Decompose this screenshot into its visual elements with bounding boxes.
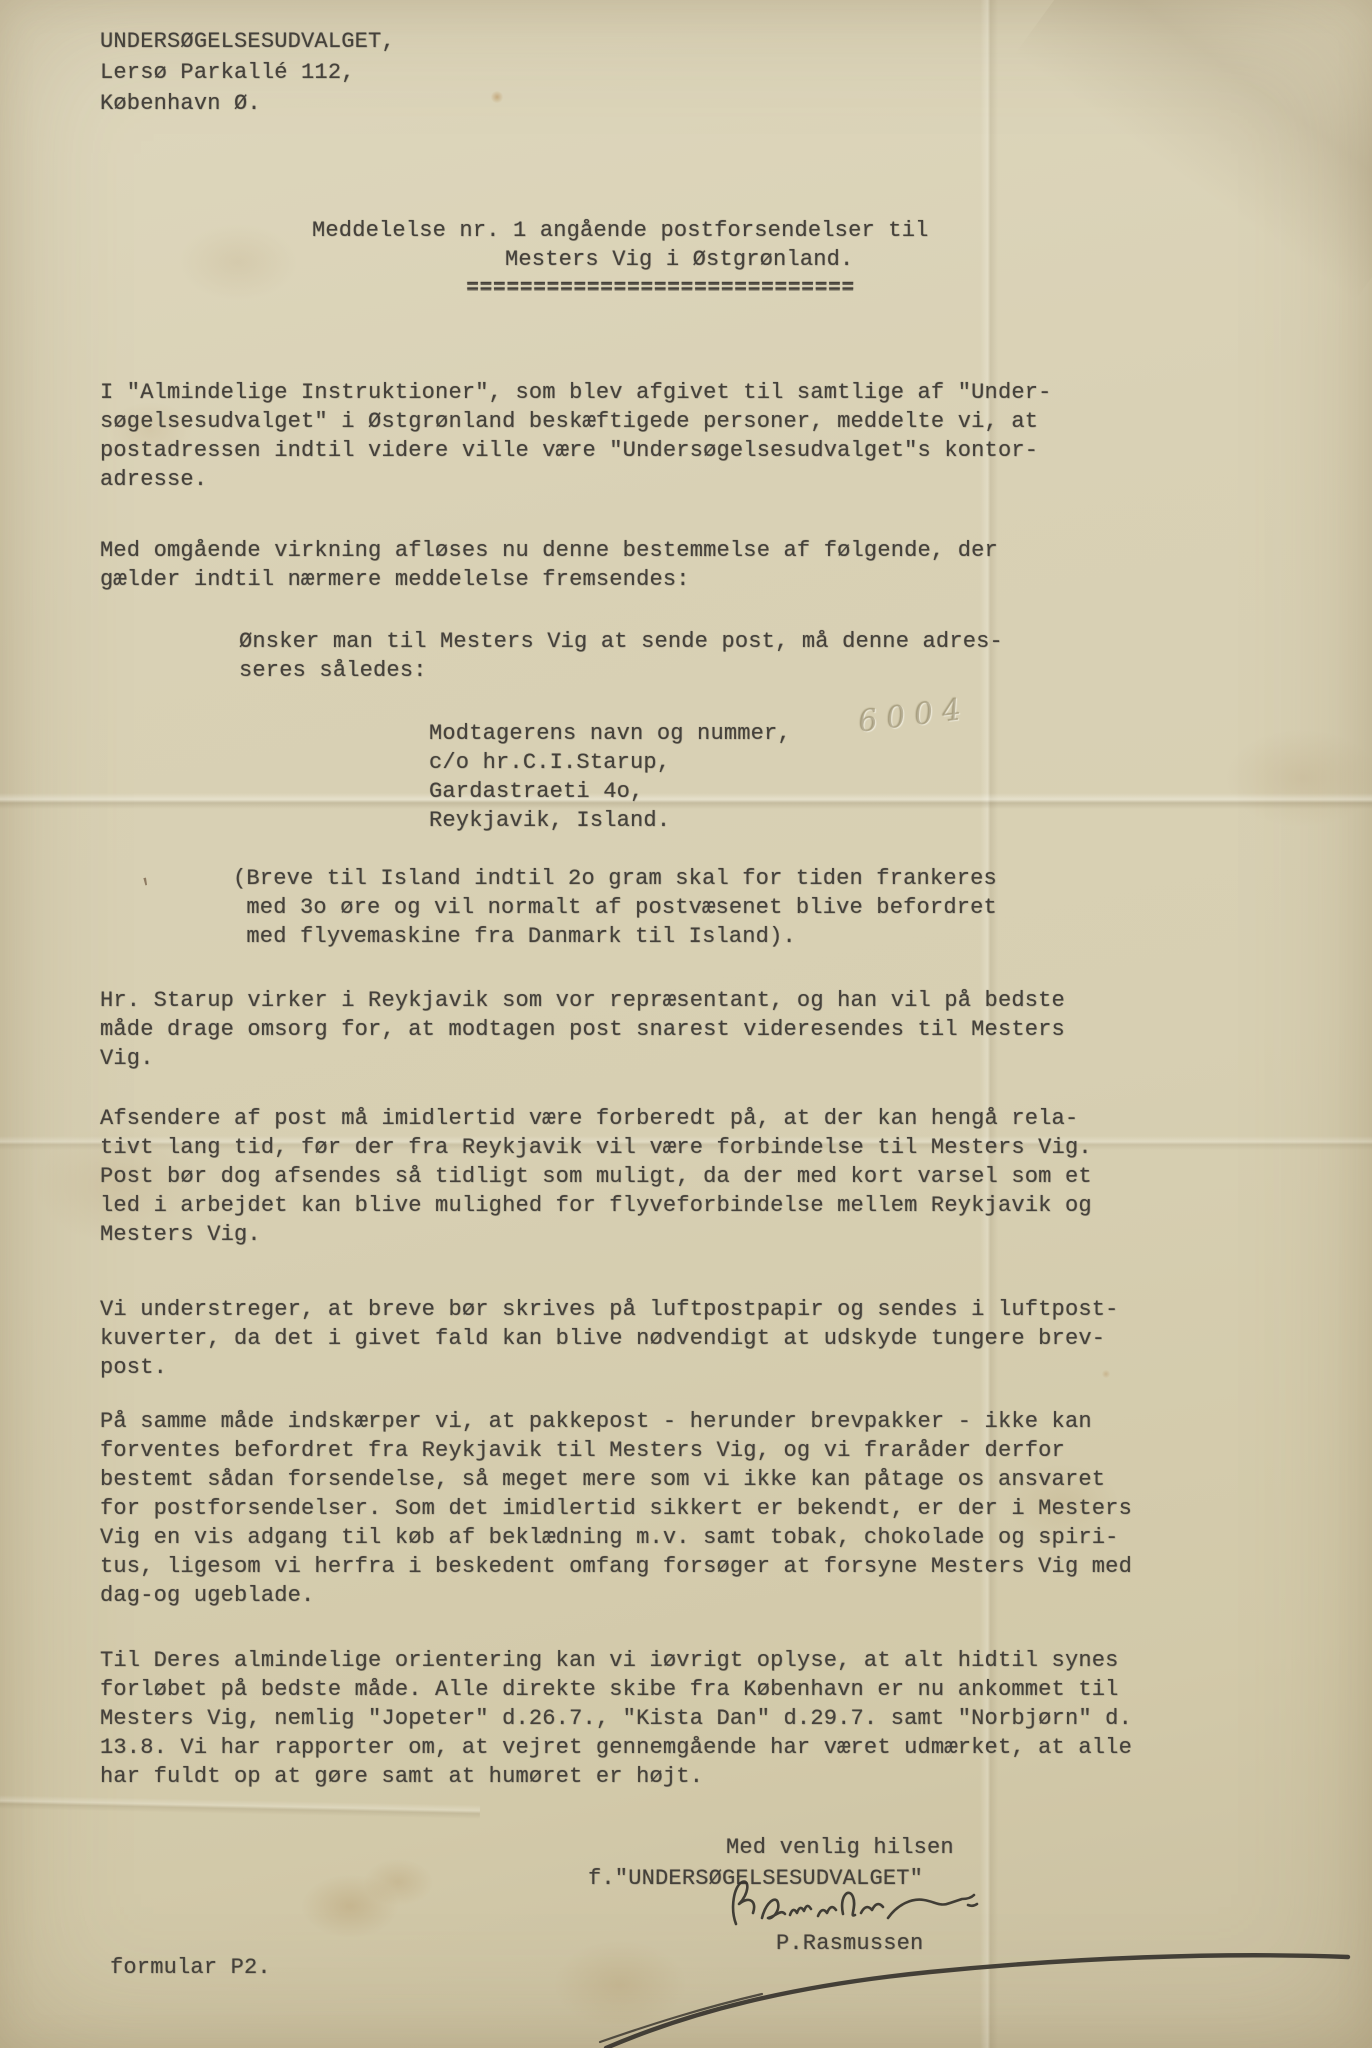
recipient-address-block: Modtagerens navn og nummer, c/o hr.C.I.S… [429, 719, 791, 835]
ink-speck: ' [137, 875, 157, 904]
handwritten-signature [700, 1874, 1000, 1932]
letter-title-line1: Meddelelse nr. 1 angående postforsendels… [312, 216, 929, 245]
paragraph-new-rule: Med omgående virkning afløses nu denne b… [100, 536, 998, 594]
paragraph-airmail-paper: Vi understreger, at breve bør skrives på… [100, 1295, 1119, 1382]
letter-title-line2: Mesters Vig i Østgrønland. [505, 245, 853, 274]
form-reference: formular P2. [110, 1953, 271, 1982]
title-underline: ============================= [466, 273, 855, 302]
paragraph-starup-agent: Hr. Starup virker i Reykjavik som vor re… [100, 986, 1065, 1073]
paragraph-status-report: Til Deres almindelige orientering kan vi… [100, 1646, 1132, 1791]
sender-address: UNDERSØGELSESUDVALGET, Lersø Parkallé 11… [100, 26, 395, 119]
diagonal-fold-crease [1015, 0, 1372, 301]
paragraph-parcels: På samme måde indskærper vi, at pakkepos… [100, 1407, 1132, 1610]
embossed-number: 6004 [856, 691, 972, 739]
paragraph-instructions: I "Almindelige Instruktioner", som blev … [100, 378, 1052, 494]
paragraph-delays: Afsendere af post må imidlertid være for… [100, 1104, 1092, 1249]
paragraph-franking-note: (Breve til Island indtil 2o gram skal fo… [233, 864, 997, 951]
pen-stroke [540, 1936, 1372, 2048]
paragraph-address-request: Ønsker man til Mesters Vig at sende post… [239, 627, 1003, 685]
closing-salutation: Med venlig hilsen [726, 1833, 954, 1862]
corner-fold-crease [0, 1795, 480, 1819]
letter-page: UNDERSØGELSESUDVALGET, Lersø Parkallé 11… [0, 0, 1372, 2048]
